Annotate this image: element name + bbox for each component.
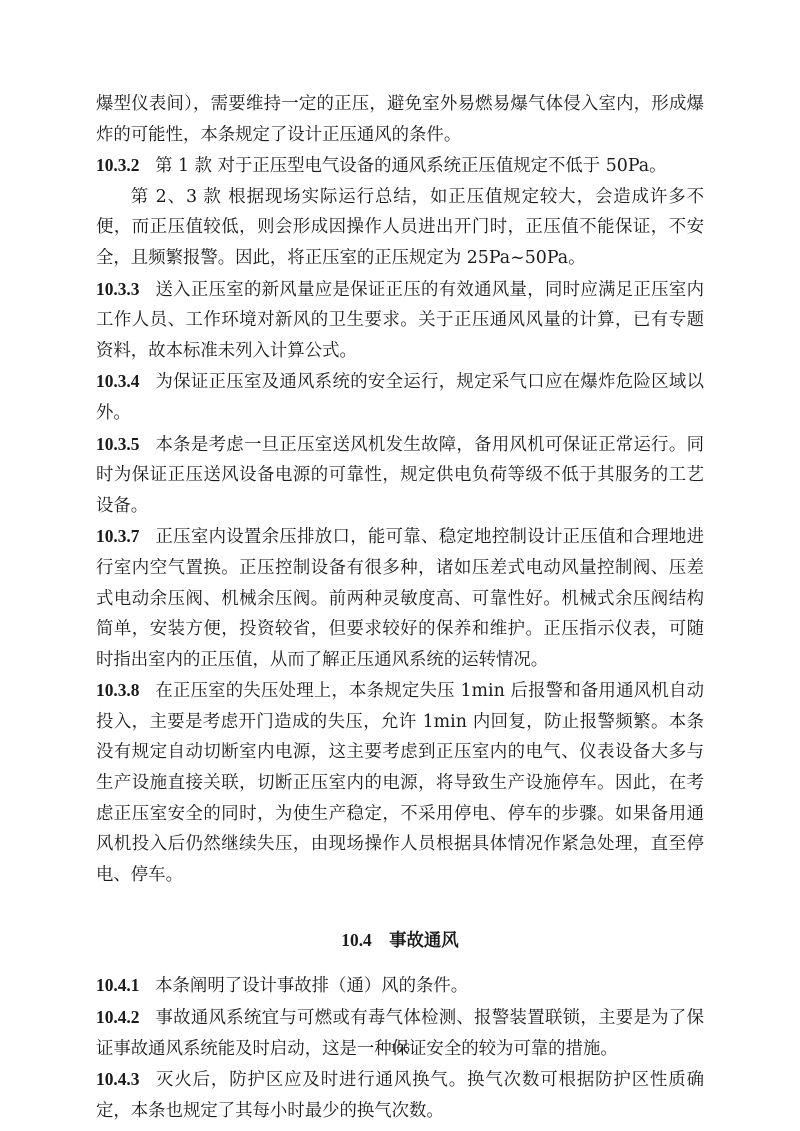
paragraph-text: 本条是考虑一旦正压室送风机发生故障，备用风机可保证正常运行。同时为保证正压送风设… bbox=[96, 435, 704, 516]
paragraph-continuation: 爆型仪表间），需要维持一定的正压，避免室外易燃易爆气体侵入室内，形成爆炸的可能性… bbox=[96, 89, 704, 150]
paragraph-text: 正压室内设置余压排放口，能可靠、稳定地控制设计正压值和合理地进行室内空气置换。正… bbox=[96, 527, 704, 669]
clause-10-3-7: 10.3.7正压室内设置余压排放口，能可靠、稳定地控制设计正压值和合理地进行室内… bbox=[96, 521, 704, 675]
section-heading: 10.4事故通风 bbox=[96, 925, 704, 956]
paragraph-text: 在正压室的失压处理上，本条规定失压 1min 后报警和备用通风机自动投入，主要是… bbox=[96, 681, 704, 885]
clause-number: 10.4.3 bbox=[96, 1069, 139, 1089]
clause-number: 10.3.5 bbox=[96, 434, 139, 454]
paragraph-text: 第 2、3 款 根据现场实际运行总结，如正压值规定较大，会造成许多不便，而正压值… bbox=[96, 187, 704, 268]
clause-10-3-2: 10.3.2第 1 款 对于正压型电气设备的通风系统正压值规定不低于 50Pa。 bbox=[96, 150, 704, 182]
document-page: 爆型仪表间），需要维持一定的正压，避免室外易燃易爆气体侵入室内，形成爆炸的可能性… bbox=[96, 89, 704, 1126]
clause-number: 10.4.2 bbox=[96, 1007, 139, 1027]
paragraph-text: 本条阐明了设计事故排（通）风的条件。 bbox=[155, 976, 468, 996]
paragraph-text: 为保证正压室及通风系统的安全运行，规定采气口应在爆炸危险区域以外。 bbox=[96, 372, 704, 423]
page-number: 106 bbox=[0, 1040, 800, 1056]
paragraph-text: 爆型仪表间），需要维持一定的正压，避免室外易燃易爆气体侵入室内，形成爆炸的可能性… bbox=[96, 94, 704, 145]
clause-10-3-5: 10.3.5本条是考虑一旦正压室送风机发生故障，备用风机可保证正常运行。同时为保… bbox=[96, 429, 704, 522]
clause-number: 10.3.3 bbox=[96, 279, 139, 299]
clause-number: 10.3.4 bbox=[96, 371, 139, 391]
clause-10-3-2-items-2-3: 第 2、3 款 根据现场实际运行总结，如正压值规定较大，会造成许多不便，而正压值… bbox=[96, 182, 704, 274]
clause-number: 10.3.8 bbox=[96, 680, 139, 700]
clause-number: 10.4.1 bbox=[96, 975, 139, 995]
clause-number: 10.3.2 bbox=[96, 155, 139, 175]
paragraph-text: 送入正压室的新风量应是保证正压的有效通风量，同时应满足正压室内工作人员、工作环境… bbox=[96, 280, 704, 361]
clause-10-3-8: 10.3.8在正压室的失压处理上，本条规定失压 1min 后报警和备用通风机自动… bbox=[96, 675, 704, 890]
paragraph-text: 灭火后，防护区应及时进行通风换气。换气次数可根据防护区性质确定，本条也规定了其每… bbox=[96, 1070, 704, 1121]
clause-10-4-1: 10.4.1本条阐明了设计事故排（通）风的条件。 bbox=[96, 970, 704, 1002]
paragraph-text: 第 1 款 对于正压型电气设备的通风系统正压值规定不低于 50Pa。 bbox=[155, 156, 666, 176]
clause-number: 10.3.7 bbox=[96, 526, 139, 546]
clause-10-4-3: 10.4.3灭火后，防护区应及时进行通风换气。换气次数可根据防护区性质确定，本条… bbox=[96, 1064, 704, 1126]
section-title: 事故通风 bbox=[389, 931, 459, 951]
clause-10-3-3: 10.3.3送入正压室的新风量应是保证正压的有效通风量，同时应满足正压室内工作人… bbox=[96, 274, 704, 367]
clause-10-3-4: 10.3.4为保证正压室及通风系统的安全运行，规定采气口应在爆炸危险区域以外。 bbox=[96, 366, 704, 428]
section-number: 10.4 bbox=[341, 930, 371, 950]
